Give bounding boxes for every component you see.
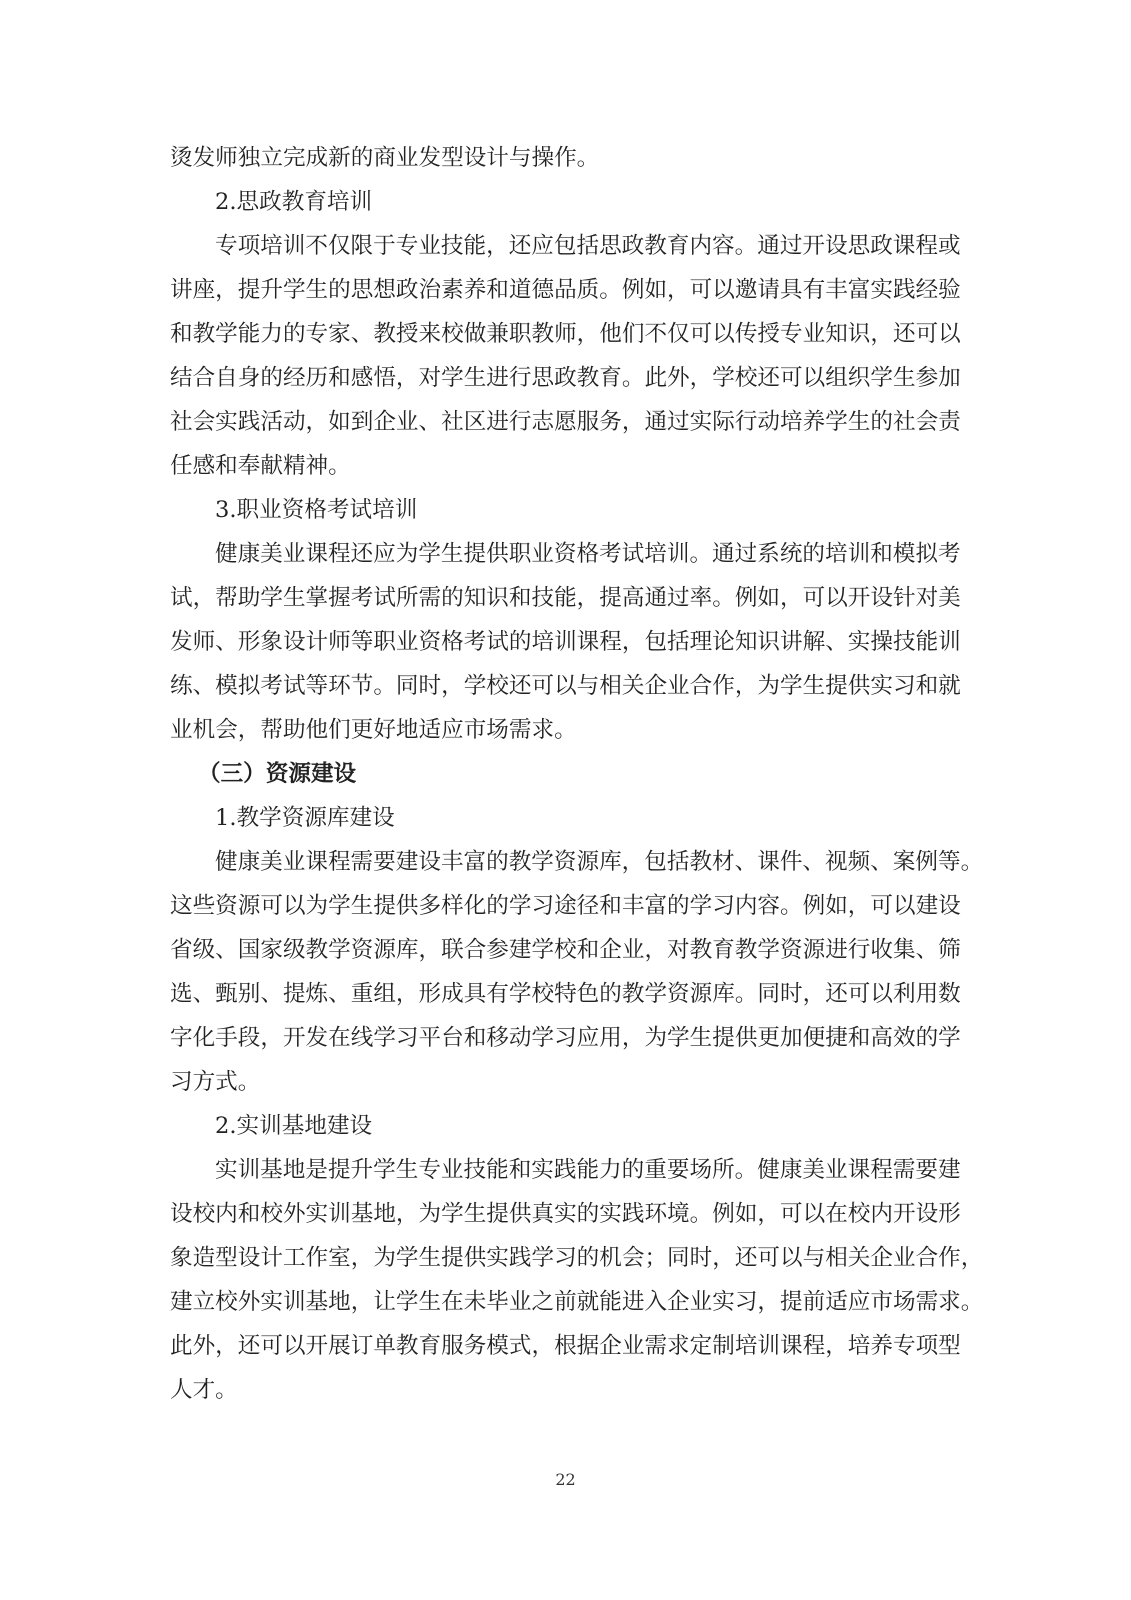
section-heading-resource-building: （三）资源建设 xyxy=(170,752,942,796)
paragraph-line: 讲座，提升学生的思想政治素养和道德品质。例如，可以邀请具有丰富实践经验 xyxy=(170,268,942,312)
paragraph-line: 建立校外实训基地，让学生在未毕业之前就能进入企业实习，提前适应市场需求。 xyxy=(170,1280,942,1324)
paragraph-line: 此外，还可以开展订单教育服务模式，根据企业需求定制培训课程，培养专项型 xyxy=(170,1324,942,1368)
paragraph-continuation: 烫发师独立完成新的商业发型设计与操作。 xyxy=(170,136,942,180)
paragraph-line: 选、甄别、提炼、重组，形成具有学校特色的教学资源库。同时，还可以利用数 xyxy=(170,972,942,1016)
paragraph-line: 练、模拟考试等环节。同时，学校还可以与相关企业合作，为学生提供实习和就 xyxy=(170,664,942,708)
page-number: 22 xyxy=(0,1470,1131,1489)
paragraph-line: 健康美业课程还应为学生提供职业资格考试培训。通过系统的培训和模拟考 xyxy=(170,532,942,576)
paragraph-line: 人才。 xyxy=(170,1368,942,1412)
paragraph-line: 任感和奉献精神。 xyxy=(170,444,942,488)
paragraph-line: 实训基地是提升学生专业技能和实践能力的重要场所。健康美业课程需要建 xyxy=(170,1148,942,1192)
subheading-training-base: 2.实训基地建设 xyxy=(170,1104,942,1148)
paragraph-line: 发师、形象设计师等职业资格考试的培训课程，包括理论知识讲解、实操技能训 xyxy=(170,620,942,664)
document-page: 烫发师独立完成新的商业发型设计与操作。 2.思政教育培训 专项培训不仅限于专业技… xyxy=(170,136,942,1412)
paragraph-line: 象造型设计工作室，为学生提供实践学习的机会；同时，还可以与相关企业合作， xyxy=(170,1236,942,1280)
paragraph-line: 专项培训不仅限于专业技能，还应包括思政教育内容。通过开设思政课程或 xyxy=(170,224,942,268)
paragraph-line: 结合自身的经历和感悟，对学生进行思政教育。此外，学校还可以组织学生参加 xyxy=(170,356,942,400)
paragraph-line: 健康美业课程需要建设丰富的教学资源库，包括教材、课件、视频、案例等。 xyxy=(170,840,942,884)
paragraph-line: 习方式。 xyxy=(170,1060,942,1104)
paragraph-line: 和教学能力的专家、教授来校做兼职教师，他们不仅可以传授专业知识，还可以 xyxy=(170,312,942,356)
paragraph-line: 省级、国家级教学资源库，联合参建学校和企业，对教育教学资源进行收集、筛 xyxy=(170,928,942,972)
paragraph-line: 这些资源可以为学生提供多样化的学习途径和丰富的学习内容。例如，可以建设 xyxy=(170,884,942,928)
subheading-certification-training: 3.职业资格考试培训 xyxy=(170,488,942,532)
paragraph-line: 字化手段，开发在线学习平台和移动学习应用，为学生提供更加便捷和高效的学 xyxy=(170,1016,942,1060)
paragraph-line: 社会实践活动，如到企业、社区进行志愿服务，通过实际行动培养学生的社会责 xyxy=(170,400,942,444)
subheading-ideological-training: 2.思政教育培训 xyxy=(170,180,942,224)
paragraph-line: 业机会，帮助他们更好地适应市场需求。 xyxy=(170,708,942,752)
subheading-resource-library: 1.教学资源库建设 xyxy=(170,796,942,840)
paragraph-line: 设校内和校外实训基地，为学生提供真实的实践环境。例如，可以在校内开设形 xyxy=(170,1192,942,1236)
paragraph-line: 试，帮助学生掌握考试所需的知识和技能，提高通过率。例如，可以开设针对美 xyxy=(170,576,942,620)
